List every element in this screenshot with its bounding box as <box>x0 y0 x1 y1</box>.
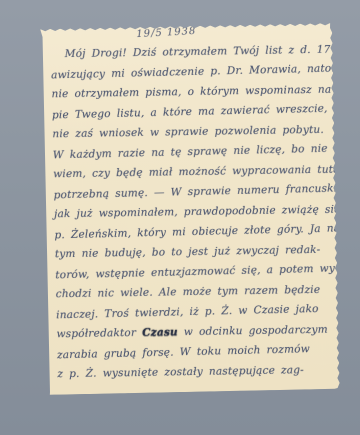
letter-body: Mój Drogi! Dziś otrzymałem Twój list z d… <box>51 39 333 385</box>
letter-line: z p. Ż. wysunięte zostały następujące za… <box>57 360 332 385</box>
letter-date: 19/5 1938 <box>136 26 197 40</box>
photo-background: 19/5 1938 Mój Drogi! Dziś otrzymałem Twó… <box>0 0 360 435</box>
letter-paper: 19/5 1938 Mój Drogi! Dziś otrzymałem Twó… <box>40 23 340 397</box>
overwritten-word: Czasu <box>142 326 178 339</box>
